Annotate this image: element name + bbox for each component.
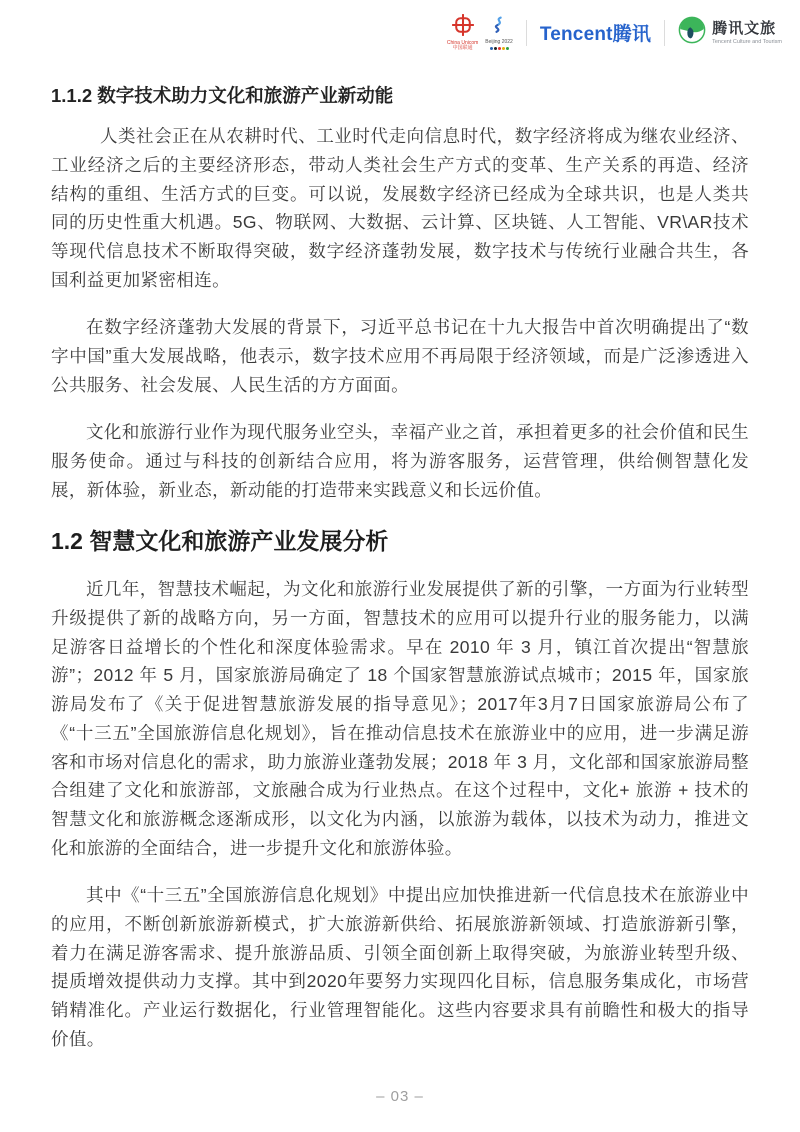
- paragraph-digital-economy: 人类社会正在从农耕时代、工业时代走向信息时代，数字经济将成为继农业经济、工业经济…: [51, 122, 749, 294]
- tencent-culture-tourism-subtitle: Tencent Culture and Tourism: [712, 39, 782, 45]
- page-number: – 03 –: [376, 1088, 424, 1105]
- tencent-culture-tourism-logo: 腾讯文旅 Tencent Culture and Tourism: [678, 16, 782, 49]
- china-unicom-caption-zh: 中国联通: [453, 46, 473, 52]
- beijing-2022-emblem-icon: [489, 16, 509, 41]
- paragraph-13th-five-year-plan: 其中《“十三五”全国旅游信息化规划》中提出应加快推进新一代信息技术在旅游业中的应…: [51, 881, 749, 1053]
- section-heading-1-2: 1.2 智慧文化和旅游产业发展分析: [51, 527, 749, 556]
- paragraph-culture-tourism-value: 文化和旅游行业作为现代服务业空头，幸福产业之首，承担着更多的社会价值和民生服务使…: [51, 418, 749, 504]
- page-header: China Unicom 中国联通 Beijing 2022 Tencent腾讯: [447, 14, 782, 52]
- document-body: 1.1.2 数字技术助力文化和旅游产业新动能 人类社会正在从农耕时代、工业时代走…: [51, 84, 749, 1073]
- tencent-logo: Tencent腾讯: [540, 19, 651, 46]
- page-footer: – 03 –: [0, 1088, 800, 1106]
- tencent-culture-tourism-icon: [678, 16, 706, 49]
- beijing-2022-caption: Beijing 2022: [485, 40, 513, 46]
- tencent-culture-tourism-title: 腾讯文旅: [712, 21, 776, 38]
- china-unicom-knot-icon: [452, 14, 474, 41]
- logo-divider: [664, 20, 665, 46]
- paragraph-smart-tourism-history: 近几年，智慧技术崛起，为文化和旅游行业发展提供了新的引擎，一方面为行业转型升级提…: [51, 575, 749, 862]
- document-page: China Unicom 中国联通 Beijing 2022 Tencent腾讯: [0, 0, 800, 1132]
- partner-logos: China Unicom 中国联通 Beijing 2022: [447, 14, 513, 52]
- olympic-rings-icon: [490, 47, 509, 50]
- beijing-2022-olympics-logo: Beijing 2022: [485, 16, 513, 50]
- paragraph-digital-china: 在数字经济蓬勃大发展的背景下，习近平总书记在十九大报告中首次明确提出了“数字中国…: [51, 313, 749, 399]
- china-unicom-logo: China Unicom 中国联通: [447, 14, 478, 52]
- logo-divider: [526, 20, 527, 46]
- section-heading-1-1-2: 1.1.2 数字技术助力文化和旅游产业新动能: [51, 84, 749, 107]
